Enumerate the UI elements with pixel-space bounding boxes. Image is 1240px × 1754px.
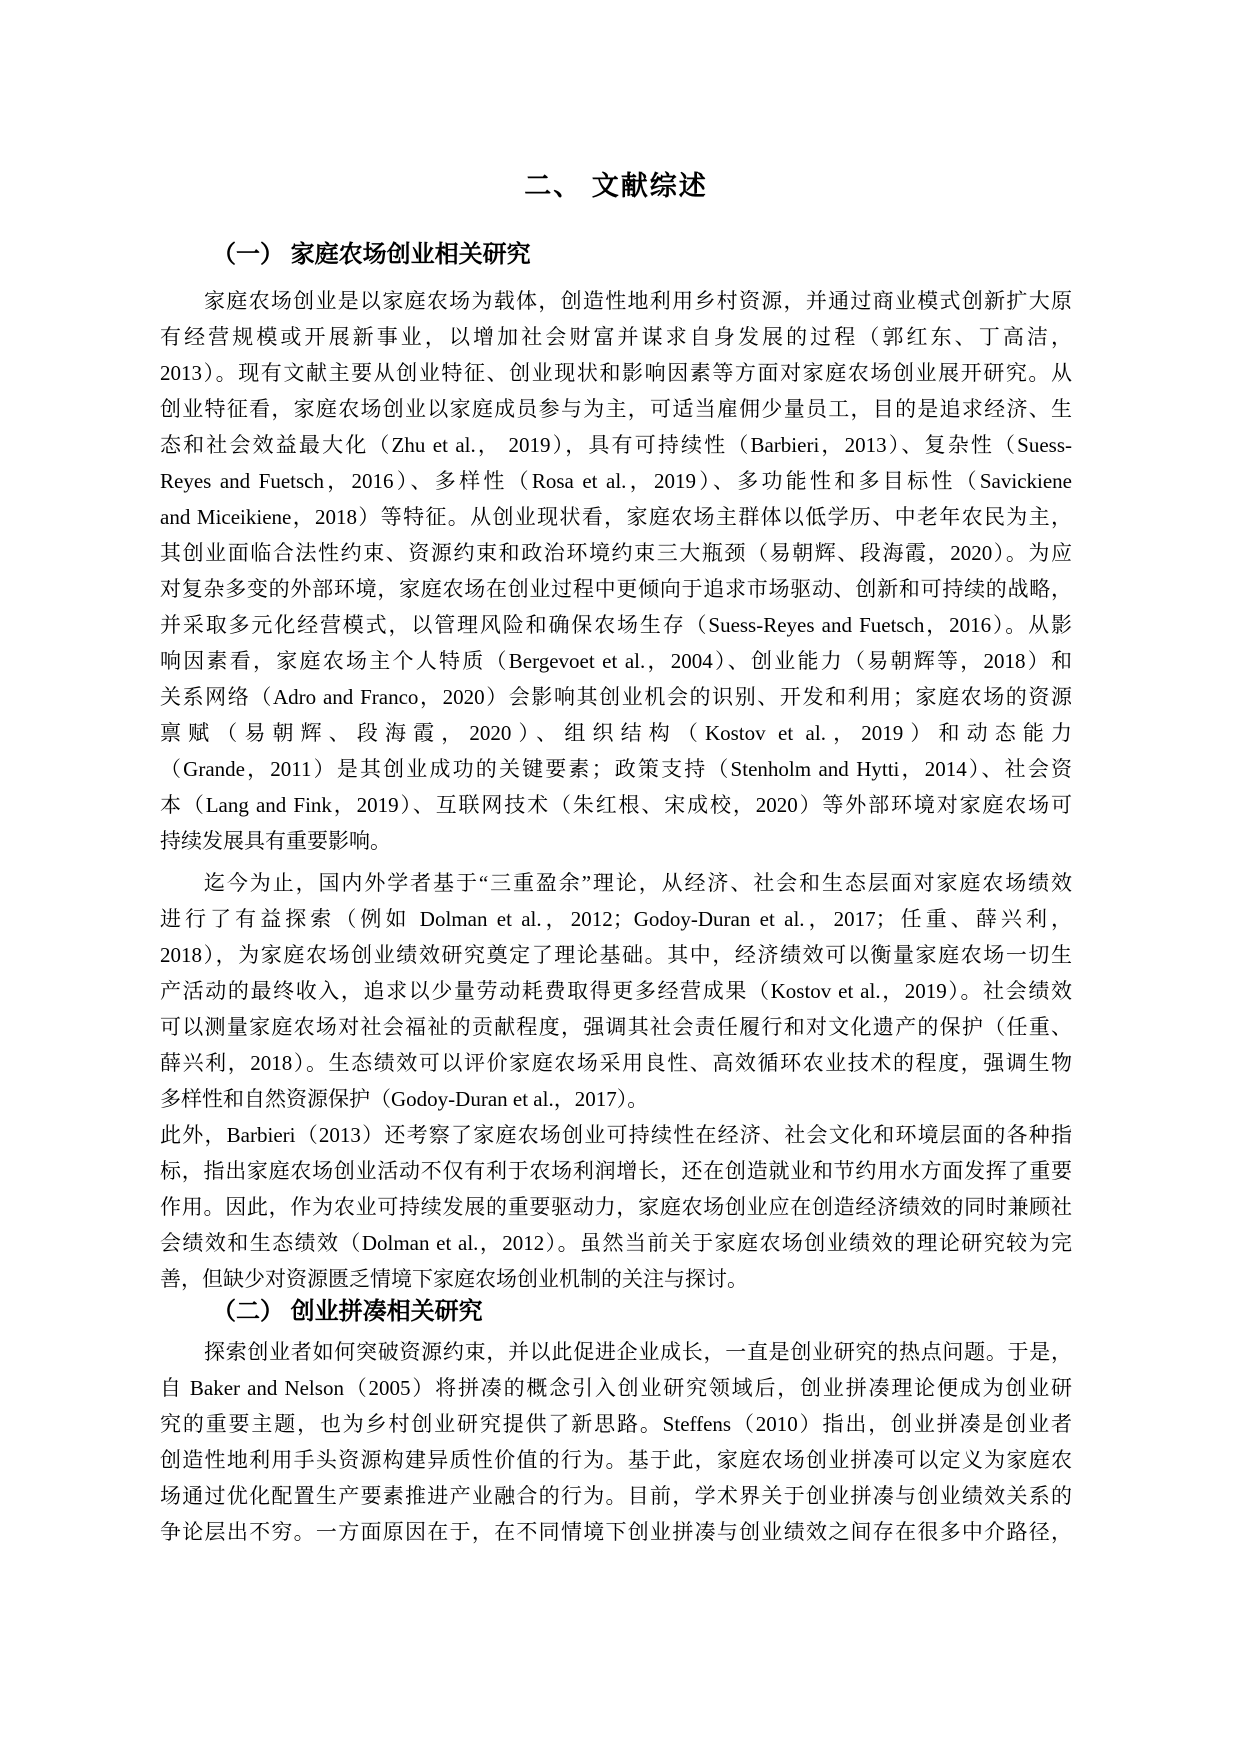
text-line: 2013）。现有文献主要从创业特征、创业现状和影响因素等方面对家庭农场创业展开研… <box>160 355 1072 391</box>
text-line: 并采取多元化经营模式，以管理风险和确保农场生存（Suess-Reyes and … <box>160 607 1072 643</box>
paragraph: 此外，Barbieri（2013）还考察了家庭农场创业可持续性在经济、社会文化和… <box>160 1117 1072 1297</box>
text-line: 持续发展具有重要影响。 <box>160 823 1072 859</box>
paragraph: 家庭农场创业是以家庭农场为载体，创造性地利用乡村资源，并通过商业模式创新扩大原 … <box>160 283 1072 859</box>
text-line: 迄今为止，国内外学者基于“三重盈余”理论，从经济、社会和生态层面对家庭农场绩效 <box>160 865 1072 901</box>
text-line: 究的重要主题，也为乡村创业研究提供了新思路。Steffens（2010）指出，创… <box>160 1406 1072 1442</box>
text-line: 创造性地利用手头资源构建异质性价值的行为。基于此，家庭农场创业拼凑可以定义为家庭… <box>160 1442 1072 1478</box>
text-line: 其创业面临合法性约束、资源约束和政治环境约束三大瓶颈（易朝辉、段海霞，2020）… <box>160 535 1072 571</box>
text-line: 多样性和自然资源保护（Godoy-Duran et al.，2017）。 <box>160 1081 1072 1117</box>
text-line: （Grande，2011）是其创业成功的关键要素；政策支持（Stenholm a… <box>160 751 1072 787</box>
text-line: 态和社会效益最大化（Zhu et al.， 2019），具有可持续性（Barbi… <box>160 427 1072 463</box>
text-line: 此外，Barbieri（2013）还考察了家庭农场创业可持续性在经济、社会文化和… <box>160 1117 1072 1153</box>
text-line: 对复杂多变的外部环境，家庭农场在创业过程中更倾向于追求市场驱动、创新和可持续的战… <box>160 571 1072 607</box>
page-title: 二、 文献综述 <box>160 166 1072 206</box>
text-line: 会绩效和生态绩效（Dolman et al.，2012）。虽然当前关于家庭农场创… <box>160 1225 1072 1261</box>
section-heading-2: （二） 创业拼凑相关研究 <box>160 1297 1072 1327</box>
text-line: 标，指出家庭农场创业活动不仅有利于农场利润增长，还在创造就业和节约用水方面发挥了… <box>160 1153 1072 1189</box>
text-line: 关系网络（Adro and Franco，2020）会影响其创业机会的识别、开发… <box>160 679 1072 715</box>
text-line: 禀赋（易朝辉、段海霞，2020）、组织结构（Kostov et al.，2019… <box>160 715 1072 751</box>
text-line: 本（Lang and Fink，2019）、互联网技术（朱红根、宋成校，2020… <box>160 787 1072 823</box>
paragraph: 探索创业者如何突破资源约束，并以此促进企业成长，一直是创业研究的热点问题。于是，… <box>160 1334 1072 1550</box>
text-line: 可以测量家庭农场对社会福祉的贡献程度，强调其社会责任履行和对文化遗产的保护（任重… <box>160 1009 1072 1045</box>
text-line: 善，但缺少对资源匮乏情境下家庭农场创业机制的关注与探讨。 <box>160 1261 1072 1297</box>
text-line: 进行了有益探索（例如 Dolman et al.，2012；Godoy-Dura… <box>160 901 1072 937</box>
text-line: 2018），为家庭农场创业绩效研究奠定了理论基础。其中，经济绩效可以衡量家庭农场… <box>160 937 1072 973</box>
text-line: Reyes and Fuetsch，2016）、多样性（Rosa et al.，… <box>160 463 1072 499</box>
text-line: 家庭农场创业是以家庭农场为载体，创造性地利用乡村资源，并通过商业模式创新扩大原 <box>160 283 1072 319</box>
paragraph: 迄今为止，国内外学者基于“三重盈余”理论，从经济、社会和生态层面对家庭农场绩效 … <box>160 865 1072 1117</box>
text-line: and Miceikiene，2018）等特征。从创业现状看，家庭农场主群体以低… <box>160 499 1072 535</box>
text-line: 作用。因此，作为农业可持续发展的重要驱动力，家庭农场创业应在创造经济绩效的同时兼… <box>160 1189 1072 1225</box>
text-line: 响因素看，家庭农场主个人特质（Bergevoet et al.，2004）、创业… <box>160 643 1072 679</box>
text-column: 二、 文献综述 （一） 家庭农场创业相关研究 家庭农场创业是以家庭农场为载体，创… <box>160 0 1072 1550</box>
text-line: 产活动的最终收入，追求以少量劳动耗费取得更多经营成果（Kostov et al.… <box>160 973 1072 1009</box>
text-line: 创业特征看，家庭农场创业以家庭成员参与为主，可适当雇佣少量员工，目的是追求经济、… <box>160 391 1072 427</box>
text-line: 争论层出不穷。一方面原因在于，在不同情境下创业拼凑与创业绩效之间存在很多中介路径… <box>160 1514 1072 1550</box>
text-line: 场通过优化配置生产要素推进产业融合的行为。目前，学术界关于创业拼凑与创业绩效关系… <box>160 1478 1072 1514</box>
section-heading-1: （一） 家庭农场创业相关研究 <box>160 240 1072 270</box>
text-line: 自 Baker and Nelson（2005）将拼凑的概念引入创业研究领域后，… <box>160 1370 1072 1406</box>
text-line: 有经营规模或开展新事业，以增加社会财富并谋求自身发展的过程（郭红东、丁高洁， <box>160 319 1072 355</box>
text-line: 薛兴利，2018）。生态绩效可以评价家庭农场采用良性、高效循环农业技术的程度，强… <box>160 1045 1072 1081</box>
document-page: 二、 文献综述 （一） 家庭农场创业相关研究 家庭农场创业是以家庭农场为载体，创… <box>0 0 1240 1754</box>
text-line: 探索创业者如何突破资源约束，并以此促进企业成长，一直是创业研究的热点问题。于是， <box>160 1334 1072 1370</box>
